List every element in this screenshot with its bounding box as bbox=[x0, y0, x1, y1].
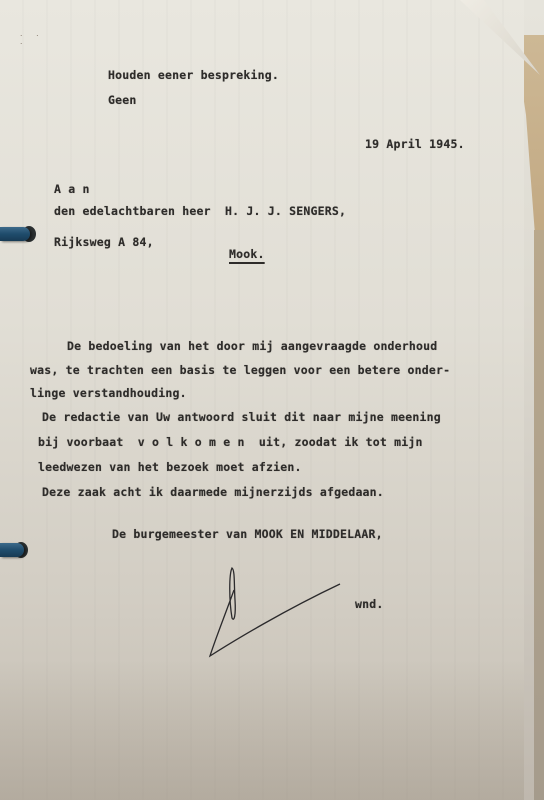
body-line-6: leedwezen van het bezoek moet afzien. bbox=[38, 460, 302, 474]
body-line-3: linge verstandhouding. bbox=[30, 386, 187, 400]
body-line-1: De bedoeling van het door mij aangevraag… bbox=[67, 339, 437, 353]
folder-side-edge bbox=[534, 230, 544, 800]
body-line-5: bij voorbaat v o l k o m e n uit, zoodat… bbox=[38, 435, 423, 449]
letter-city: Mook. bbox=[229, 247, 265, 261]
binder-ring-bottom bbox=[0, 543, 24, 557]
letter-closing: De burgemeester van MOOK EN MIDDELAAR, bbox=[112, 527, 383, 541]
body-line-4: De redactie van Uw antwoord sluit dit na… bbox=[42, 410, 441, 424]
body-line-7: Deze zaak acht ik daarmede mijnerzijds a… bbox=[42, 485, 384, 499]
letter-sheet: · · · Houden eener bespreking. Geen 19 A… bbox=[0, 0, 524, 800]
letter-recipient: den edelachtbaren heer H. J. J. SENGERS, bbox=[54, 204, 346, 218]
ink-smudge: · · · bbox=[20, 32, 60, 38]
letter-date: 19 April 1945. bbox=[365, 137, 465, 151]
letter-enclosures: Geen bbox=[108, 93, 137, 107]
letter-address: Rijksweg A 84, bbox=[54, 235, 154, 249]
letter-subject: Houden eener bespreking. bbox=[108, 68, 279, 82]
body-line-2: was, te trachten een basis te leggen voo… bbox=[30, 363, 450, 377]
binder-ring-top bbox=[0, 227, 30, 241]
document-photo: · · · Houden eener bespreking. Geen 19 A… bbox=[0, 0, 544, 800]
handwritten-signature bbox=[205, 560, 345, 660]
signature-note: wnd. bbox=[355, 597, 384, 611]
letter-salutation: A a n bbox=[54, 182, 90, 196]
